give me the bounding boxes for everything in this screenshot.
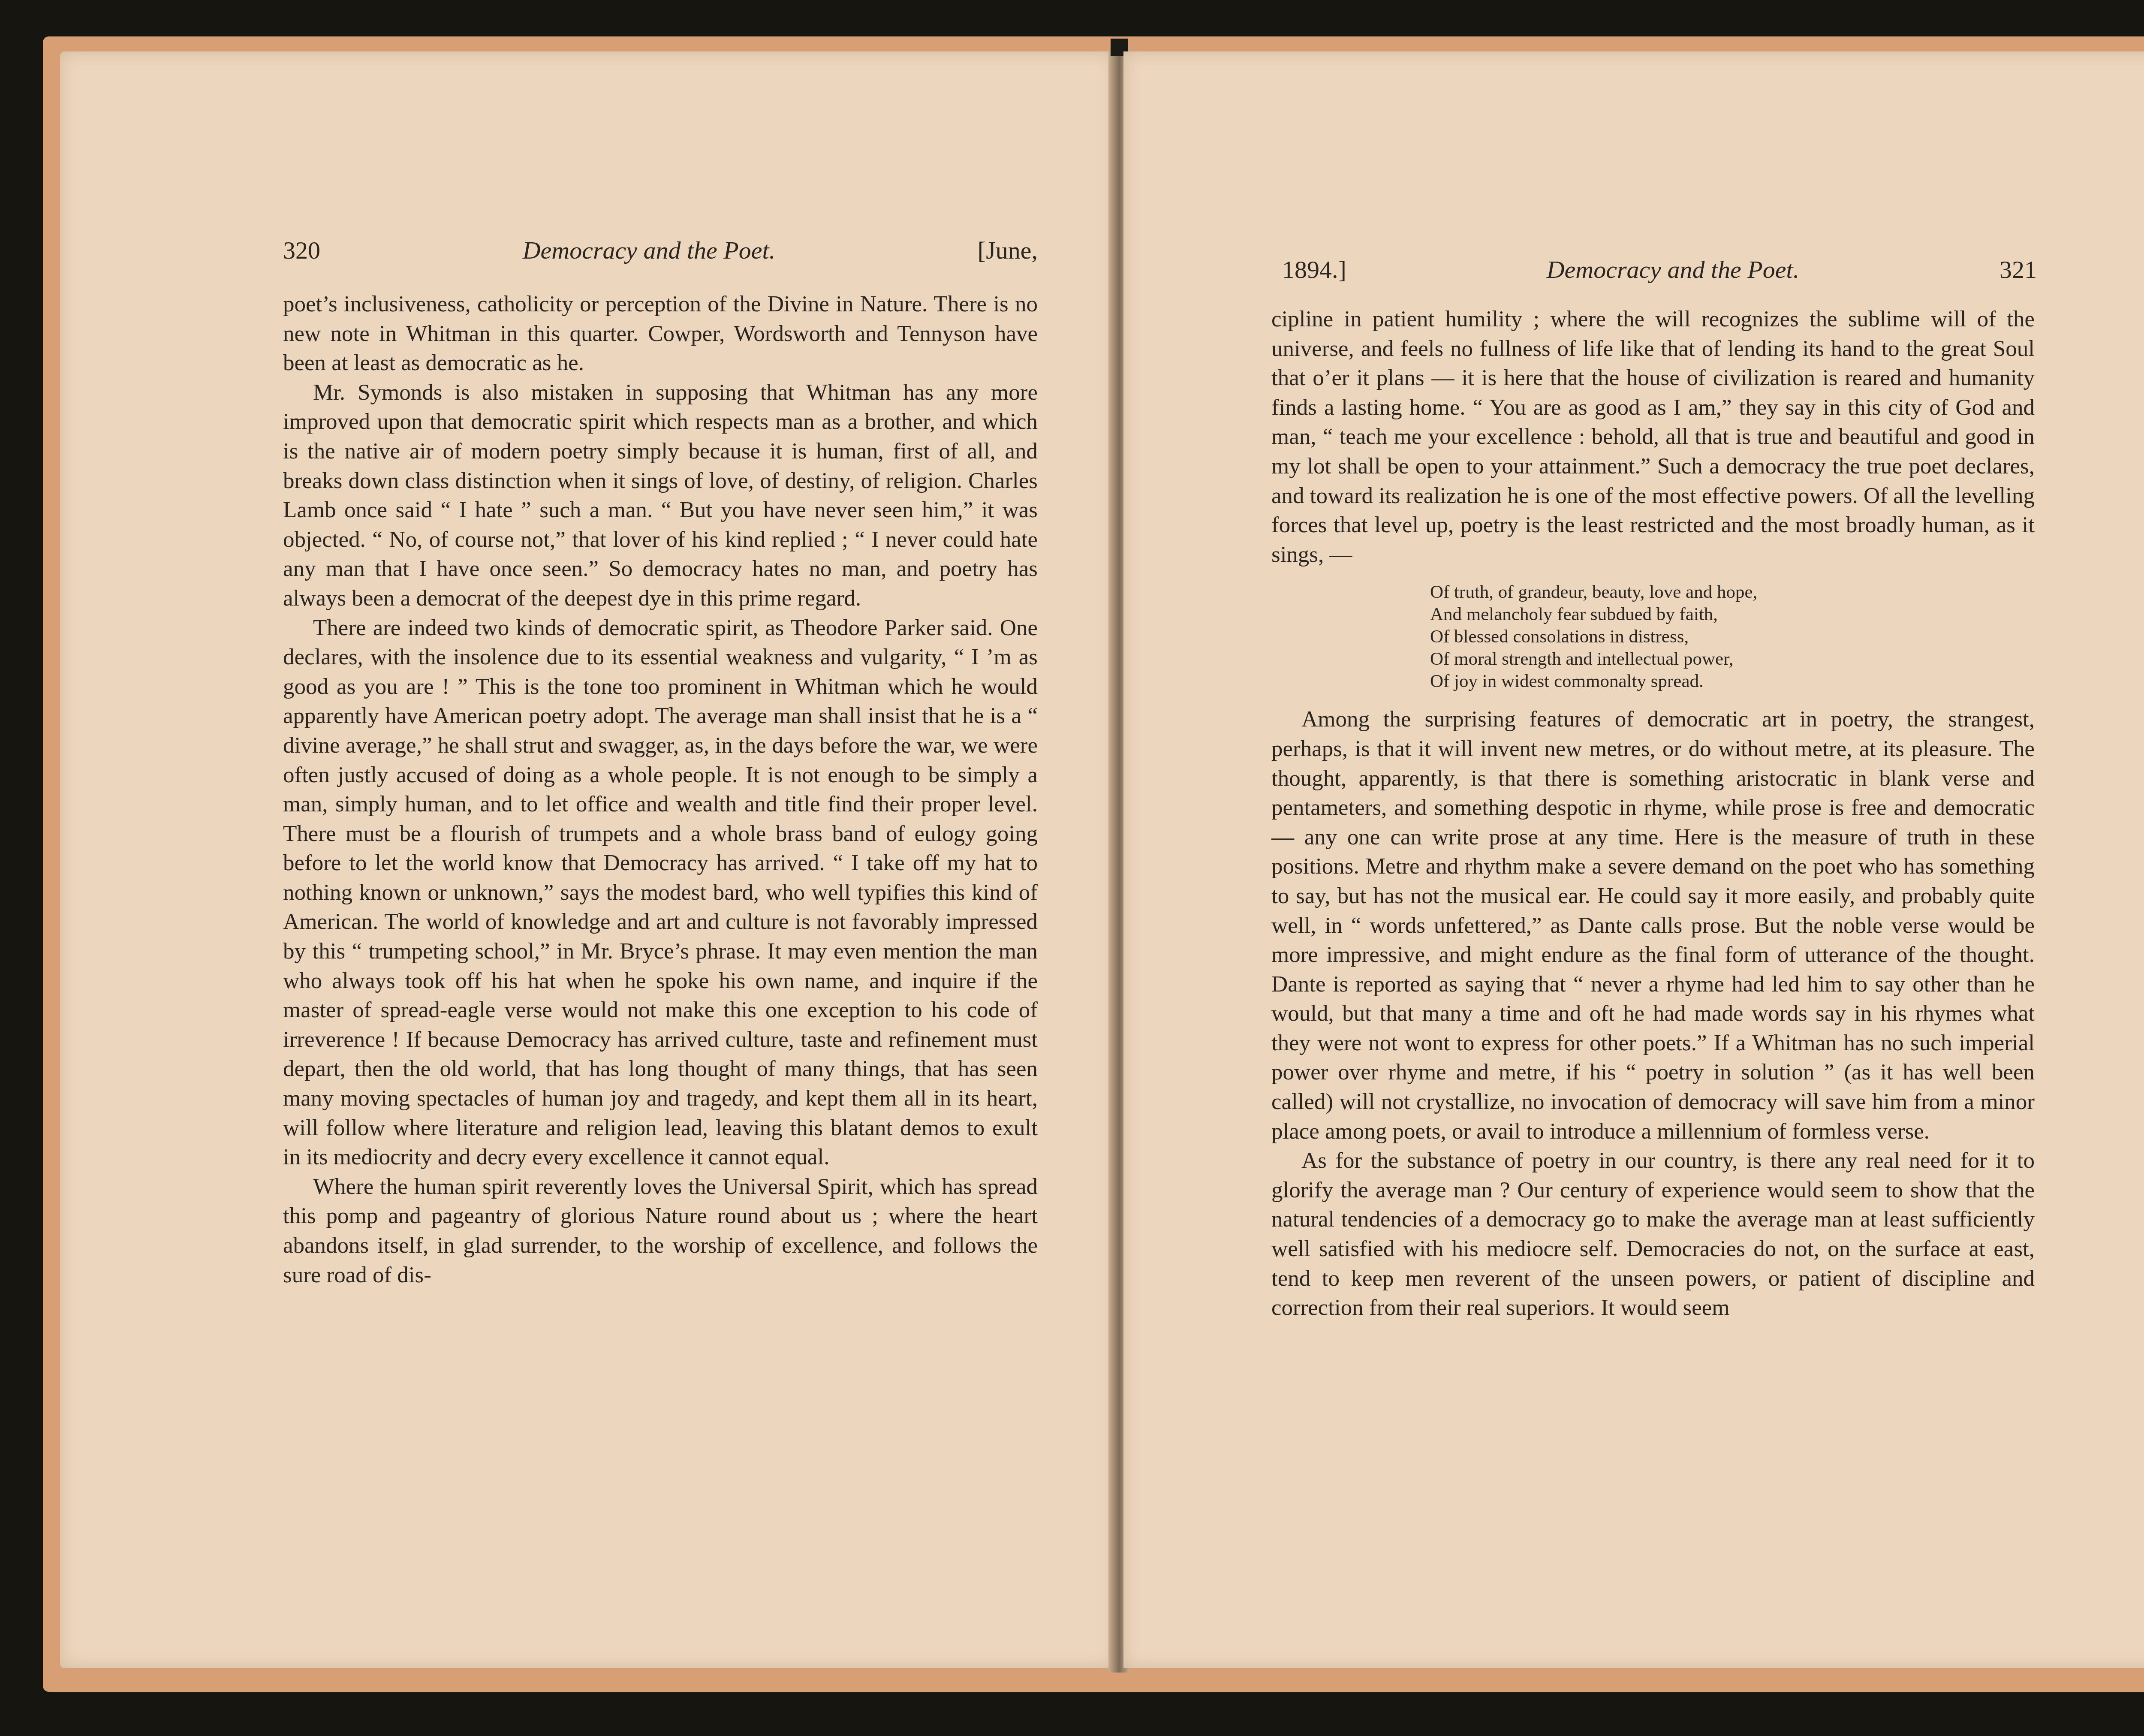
left-page: 320 Democracy and the Poet. [June, poet’…	[60, 51, 1115, 1668]
left-page-header: 320 Democracy and the Poet. [June,	[283, 236, 1038, 265]
poem-line: Of moral strength and intellectual power…	[1430, 648, 2035, 670]
paragraph: There are indeed two kinds of democratic…	[283, 613, 1038, 1172]
page-number: 321	[1999, 255, 2037, 284]
paragraph: Where the human spirit reverently loves …	[283, 1172, 1038, 1290]
quoted-poem: Of truth, of grandeur, beauty, love and …	[1430, 581, 2035, 693]
paragraph: poet’s inclusiveness, catholicity or per…	[283, 289, 1038, 378]
running-title: Democracy and the Poet.	[523, 236, 775, 265]
poem-line: Of truth, of grandeur, beauty, love and …	[1430, 581, 2035, 603]
date-marker: [June,	[978, 236, 1038, 265]
right-page: 1894.] Democracy and the Poet. 321 cipli…	[1123, 51, 2144, 1668]
paragraph: cipline in patient humility ; where the …	[1271, 304, 2035, 569]
page-number: 320	[283, 236, 320, 265]
running-title: Democracy and the Poet.	[1547, 255, 1799, 284]
right-page-header: 1894.] Democracy and the Poet. 321	[1282, 255, 2037, 284]
right-page-body: cipline in patient humility ; where the …	[1271, 304, 2035, 1323]
date-marker: 1894.]	[1282, 255, 1346, 284]
paragraph: Mr. Symonds is also mistaken in supposin…	[283, 378, 1038, 613]
poem-line: Of joy in widest commonalty spread.	[1430, 670, 2035, 693]
left-page-body: poet’s inclusiveness, catholicity or per…	[283, 289, 1038, 1290]
poem-line: And melancholy fear subdued by faith,	[1430, 603, 2035, 626]
paragraph: As for the substance of poetry in our co…	[1271, 1146, 2035, 1323]
paragraph: Among the surprising features of democra…	[1271, 705, 2035, 1146]
poem-line: Of blessed consolations in distress,	[1430, 626, 2035, 648]
